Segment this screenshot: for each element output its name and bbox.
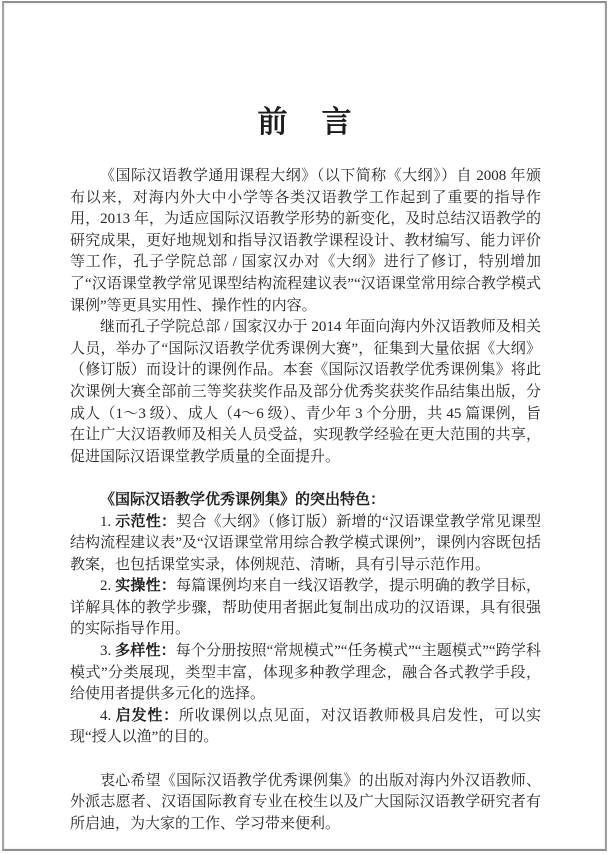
paragraph-intro: 《国际汉语教学通用课程大纲》（以下简称《大纲》）自 2008 年颁布以来，对海内…: [70, 166, 541, 317]
page-title: 前 言: [70, 107, 541, 139]
features-heading: 《国际汉语教学优秀课例集》的突出特色：: [70, 490, 541, 512]
feature-item-1: 1. 示范性：契合《大纲》（修订版）新增的“汉语课堂教学常见课型结构流程建议表”…: [70, 512, 541, 577]
feature-3-label: 多样性：: [115, 643, 176, 659]
paragraph-contest: 继而孔子学院总部 / 国家汉办于 2014 年面向海内外汉语教师及相关人员，举办…: [70, 317, 541, 468]
feature-1-number: 1.: [100, 514, 115, 530]
feature-4-label: 启发性：: [116, 708, 179, 724]
feature-item-2: 2. 实操性：每篇课例均来自一线汉语教学，提示明确的教学目标，详解具体的教学步骤…: [70, 576, 541, 641]
paragraph-closing: 衷心希望《国际汉语教学优秀课例集》的出版对海内外汉语教师、外派志愿者、汉语国际教…: [70, 771, 541, 836]
feature-2-number: 2.: [100, 578, 115, 594]
feature-3-number: 3.: [100, 643, 115, 659]
feature-1-label: 示范性：: [115, 514, 176, 530]
scanned-page: 前 言 《国际汉语教学通用课程大纲》（以下简称《大纲》）自 2008 年颁布以来…: [2, 1, 607, 851]
feature-item-4: 4. 启发性：所收课例以点见面，对汉语教师极具启发性，可以实现“授人以渔”的目的…: [70, 706, 541, 749]
preface-content: 前 言 《国际汉语教学通用课程大纲》（以下简称《大纲》）自 2008 年颁布以来…: [4, 3, 605, 835]
scanned-document-view: 前 言 《国际汉语教学通用课程大纲》（以下简称《大纲》）自 2008 年颁布以来…: [0, 0, 608, 854]
feature-2-label: 实操性：: [115, 578, 176, 594]
feature-4-number: 4.: [100, 708, 116, 724]
feature-item-3: 3. 多样性：每个分册按照“常规模式”“任务模式”“主题模式”“跨学科模式”分类…: [70, 641, 541, 706]
